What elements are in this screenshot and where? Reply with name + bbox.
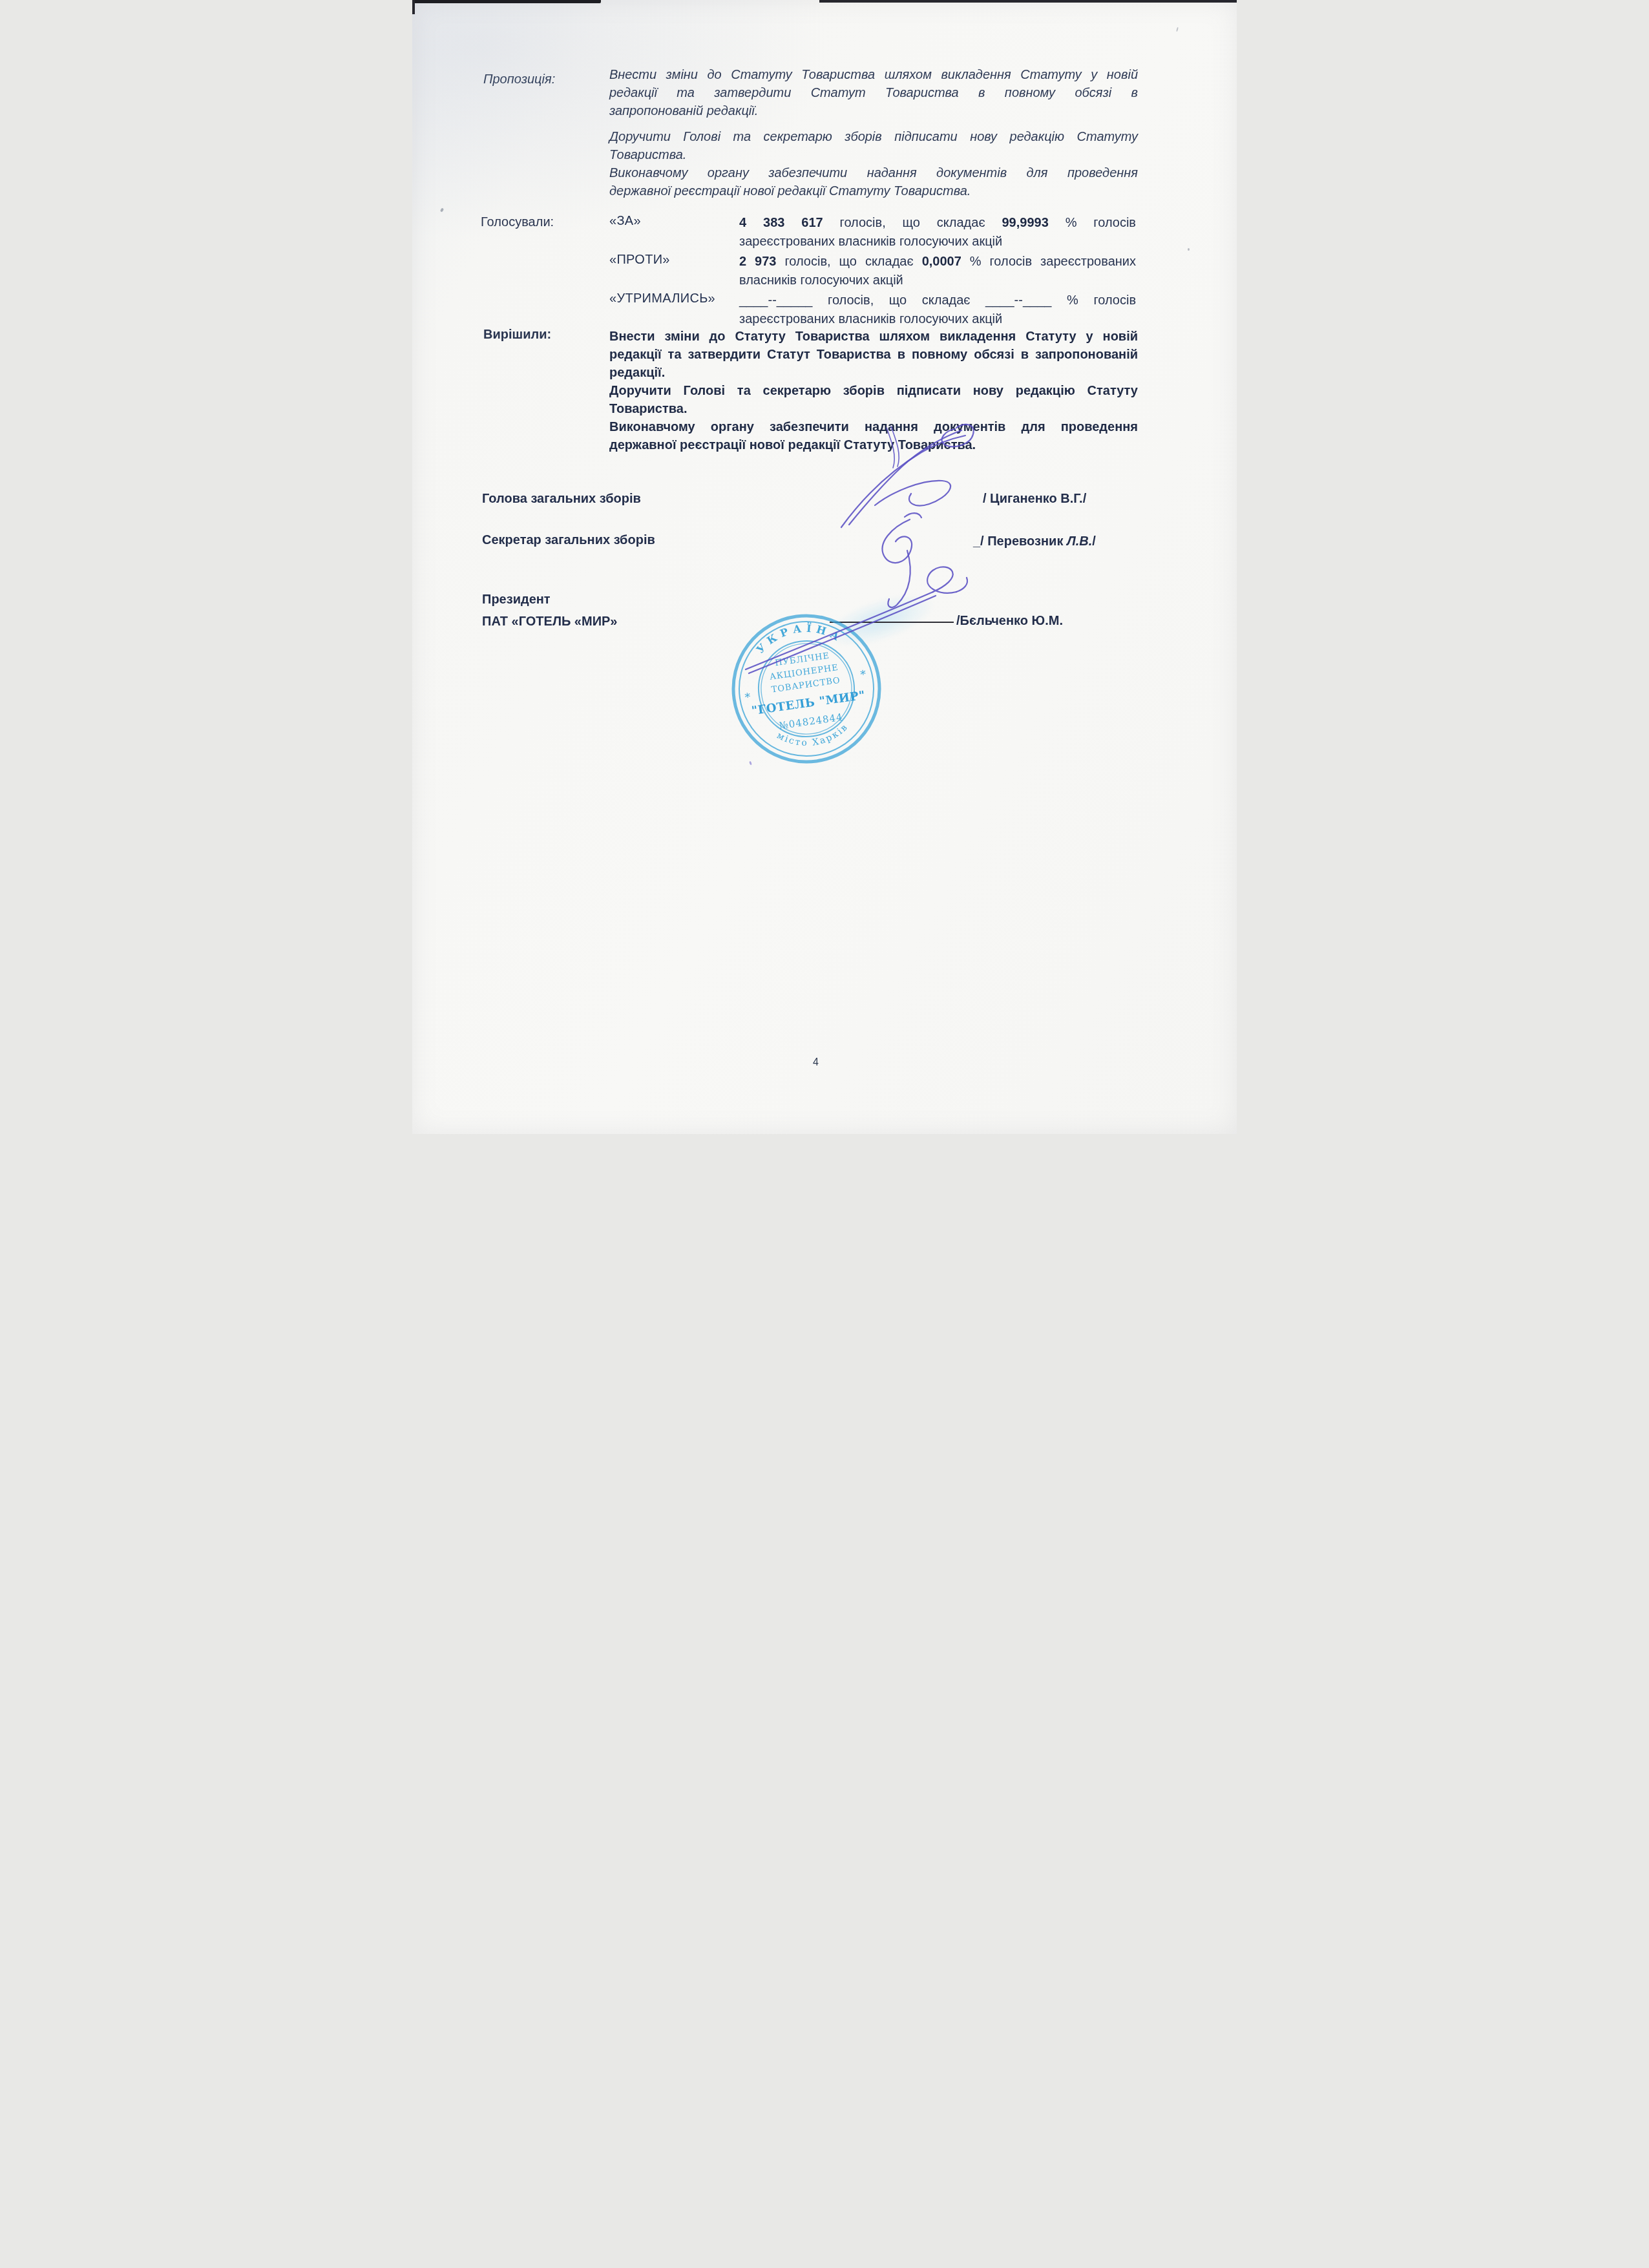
handwritten-signatures-layer — [412, 0, 1237, 1134]
page-number: 4 — [813, 1057, 819, 1069]
secretary-signature — [883, 513, 921, 607]
chairman-signature — [841, 425, 974, 527]
president-signature — [746, 567, 967, 673]
scanned-document-page: Пропозиція: Внести зміни до Статуту Това… — [412, 0, 1237, 1134]
